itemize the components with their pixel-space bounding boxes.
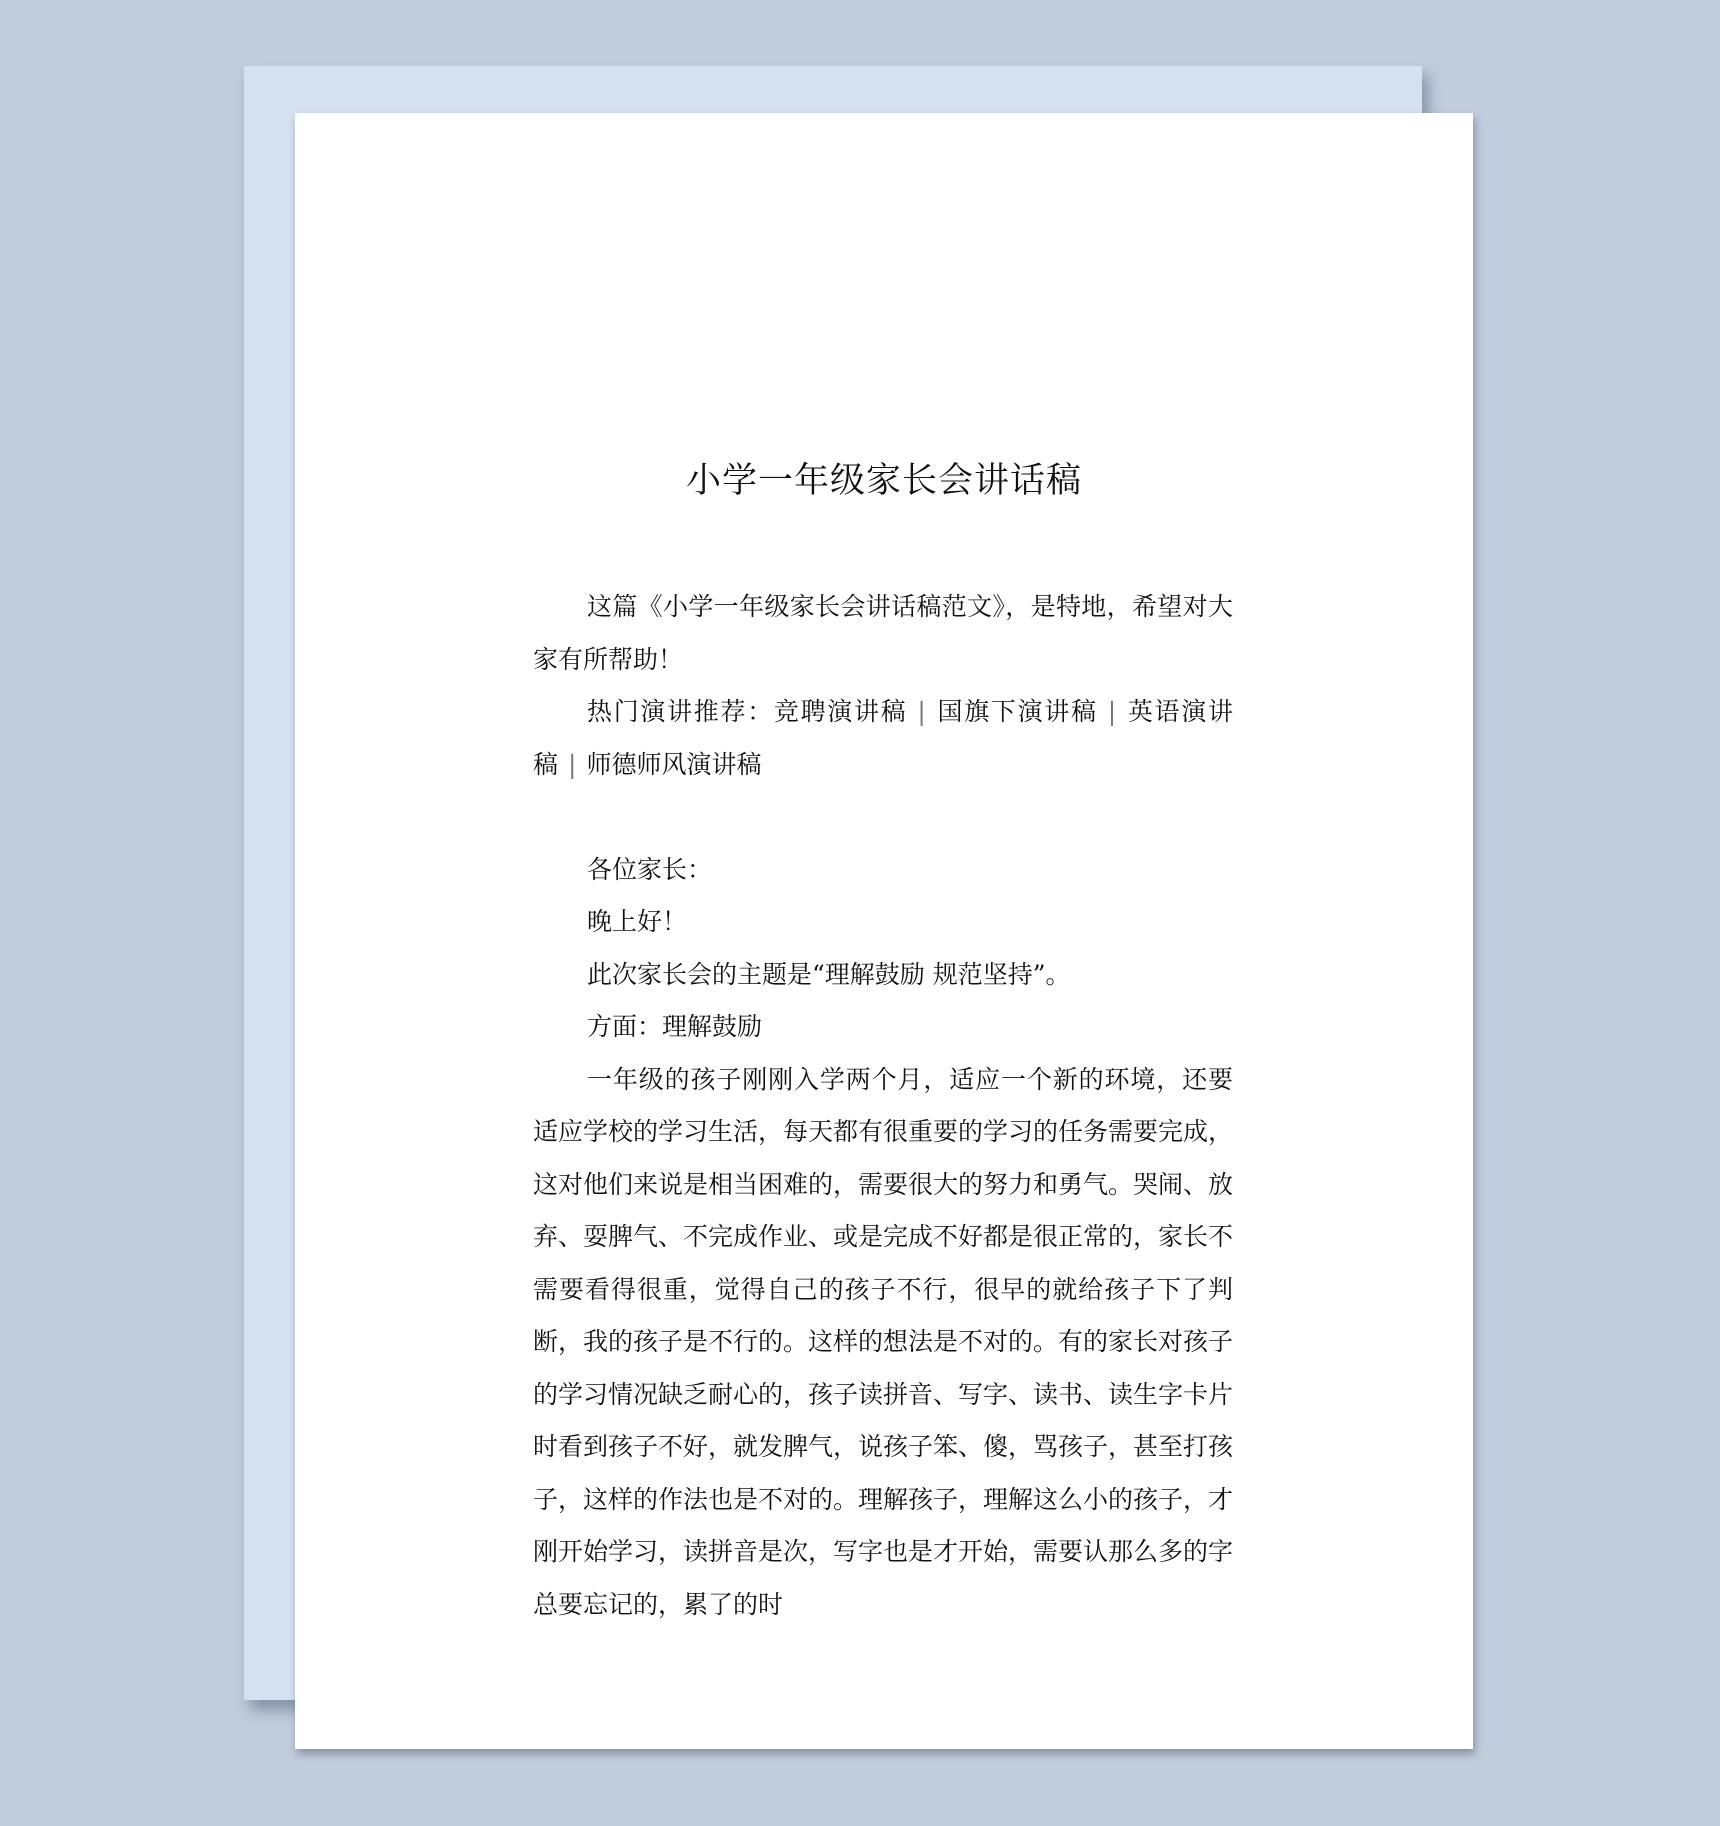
recommend-link-competition-speech[interactable]: 竞聘演讲稿 [774, 697, 908, 726]
separator: | [917, 697, 925, 726]
recommend-label: 热门演讲推荐： [587, 697, 774, 726]
recommend-link-teacher-ethics-speech[interactable]: 师德师风演讲稿 [586, 750, 761, 779]
intro-paragraph: 这篇《小学一年级家长会讲话稿范文》，是特地，希望对大家有所帮助！ [533, 581, 1233, 686]
greeting-line: 各位家长： [533, 844, 1233, 897]
theme-line: 此次家长会的主题是“理解鼓励 规范坚持”。 [533, 949, 1233, 1002]
document-body: 这篇《小学一年级家长会讲话稿范文》，是特地，希望对大家有所帮助！ 热门演讲推荐：… [533, 581, 1233, 1631]
blank-line [533, 791, 1233, 844]
separator: | [1108, 697, 1116, 726]
salutation-line: 晚上好！ [533, 896, 1233, 949]
body-paragraph: 一年级的孩子刚刚入学两个月，适应一个新的环境，还要适应学校的学习生活，每天都有很… [533, 1054, 1233, 1632]
separator: | [568, 750, 576, 779]
section-heading: 方面：理解鼓励 [533, 1001, 1233, 1054]
document-page: 小学一年级家长会讲话稿 这篇《小学一年级家长会讲话稿范文》，是特地，希望对大家有… [295, 113, 1473, 1749]
recommend-link-flag-speech[interactable]: 国旗下演讲稿 [936, 697, 1098, 726]
recommend-paragraph: 热门演讲推荐：竞聘演讲稿|国旗下演讲稿|英语演讲稿|师德师风演讲稿 [533, 686, 1233, 791]
document-title: 小学一年级家长会讲话稿 [295, 459, 1473, 503]
